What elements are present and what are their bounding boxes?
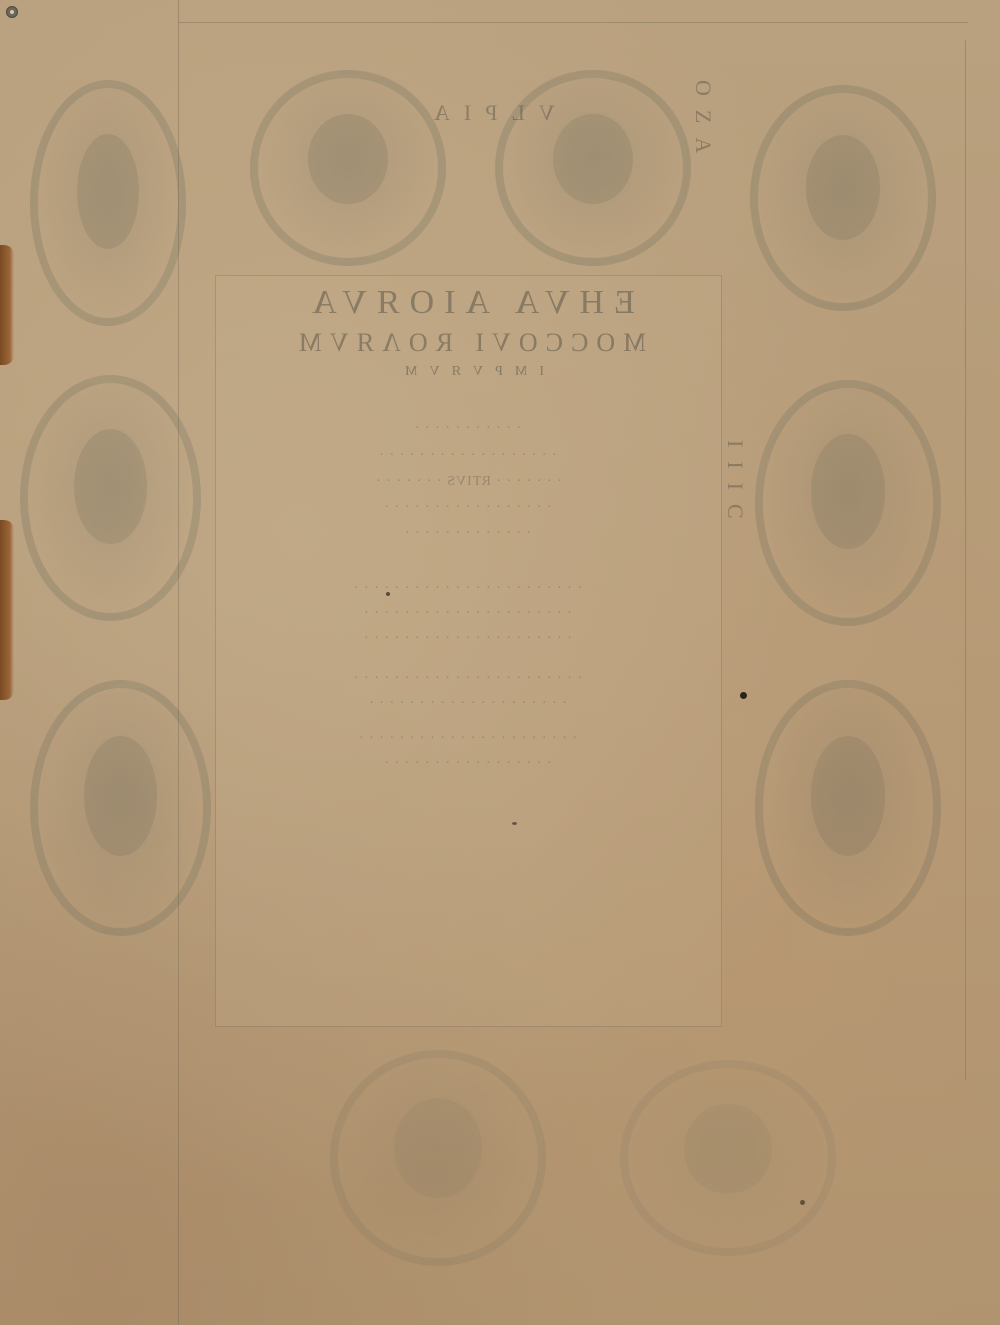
edge-stain: [0, 520, 14, 700]
body-line: · · · · · · · · · · · · · · · · ·: [230, 756, 707, 772]
body-line: · · · · · · · · · · · · · · · · ·: [230, 500, 707, 516]
portrait-medallion: [330, 1050, 546, 1266]
ink-speck: [800, 1200, 805, 1205]
arch-inscription: OZA: [690, 80, 716, 167]
body-line: · · · · · · · · · · · · ·: [230, 526, 707, 542]
subtitle-showthrough: MOCCOVI ROΛЯVM: [216, 328, 721, 358]
ink-speck: [512, 822, 517, 825]
body-line: · · · · · · · · · · · · · · · · · · · ·: [230, 696, 707, 712]
portrait-medallion: [755, 380, 941, 626]
portrait-medallion: [30, 680, 211, 936]
edge-stain: [0, 245, 14, 365]
portrait-medallion: [750, 85, 936, 311]
body-line: · · · · · · · RTIVS · · · · · · ·: [230, 474, 707, 490]
portrait-medallion: [250, 70, 446, 266]
body-line: · · · · · · · · · · · · · · · · · ·: [230, 448, 707, 464]
title-text-block: EHVA AIOЯVA MOCCOVI ROΛЯVM IMPVЯVM · · ·…: [215, 275, 722, 1027]
portrait-medallion: [620, 1060, 836, 1256]
title-showthrough: EHVA AIOЯVA: [216, 284, 721, 322]
body-line: · · · · · · · · · · · · · · · · · · · · …: [230, 671, 707, 687]
scanned-page: VLPIA OZA IIIC EHVA AIOЯVA MOCCOVI ROΛЯV…: [0, 0, 1000, 1325]
circle-dot-icon[interactable]: [6, 6, 18, 18]
body-line: · · · · · · · · · · · · · · · · · · · · …: [230, 606, 707, 622]
body-line: · · · · · · · · · · · · · · · · · · · · …: [230, 581, 707, 597]
portrait-medallion: [30, 80, 186, 326]
frame-line: [965, 40, 966, 1080]
arch-inscription: VLPIA: [420, 100, 555, 126]
body-line: · · · · · · · · · · ·: [230, 421, 707, 437]
ink-speck: [740, 692, 747, 699]
body-line: · · · · · · · · · · · · · · · · · · · · …: [230, 731, 707, 747]
side-inscription: IIIC: [722, 440, 748, 533]
portrait-medallion: [755, 680, 941, 936]
body-line: · · · · · · · · · · · · · · · · · · · · …: [230, 631, 707, 647]
portrait-medallion: [20, 375, 201, 621]
frame-line: [178, 22, 968, 23]
subtitle2-showthrough: IMPVЯVM: [216, 364, 721, 380]
ink-speck: [386, 592, 390, 596]
